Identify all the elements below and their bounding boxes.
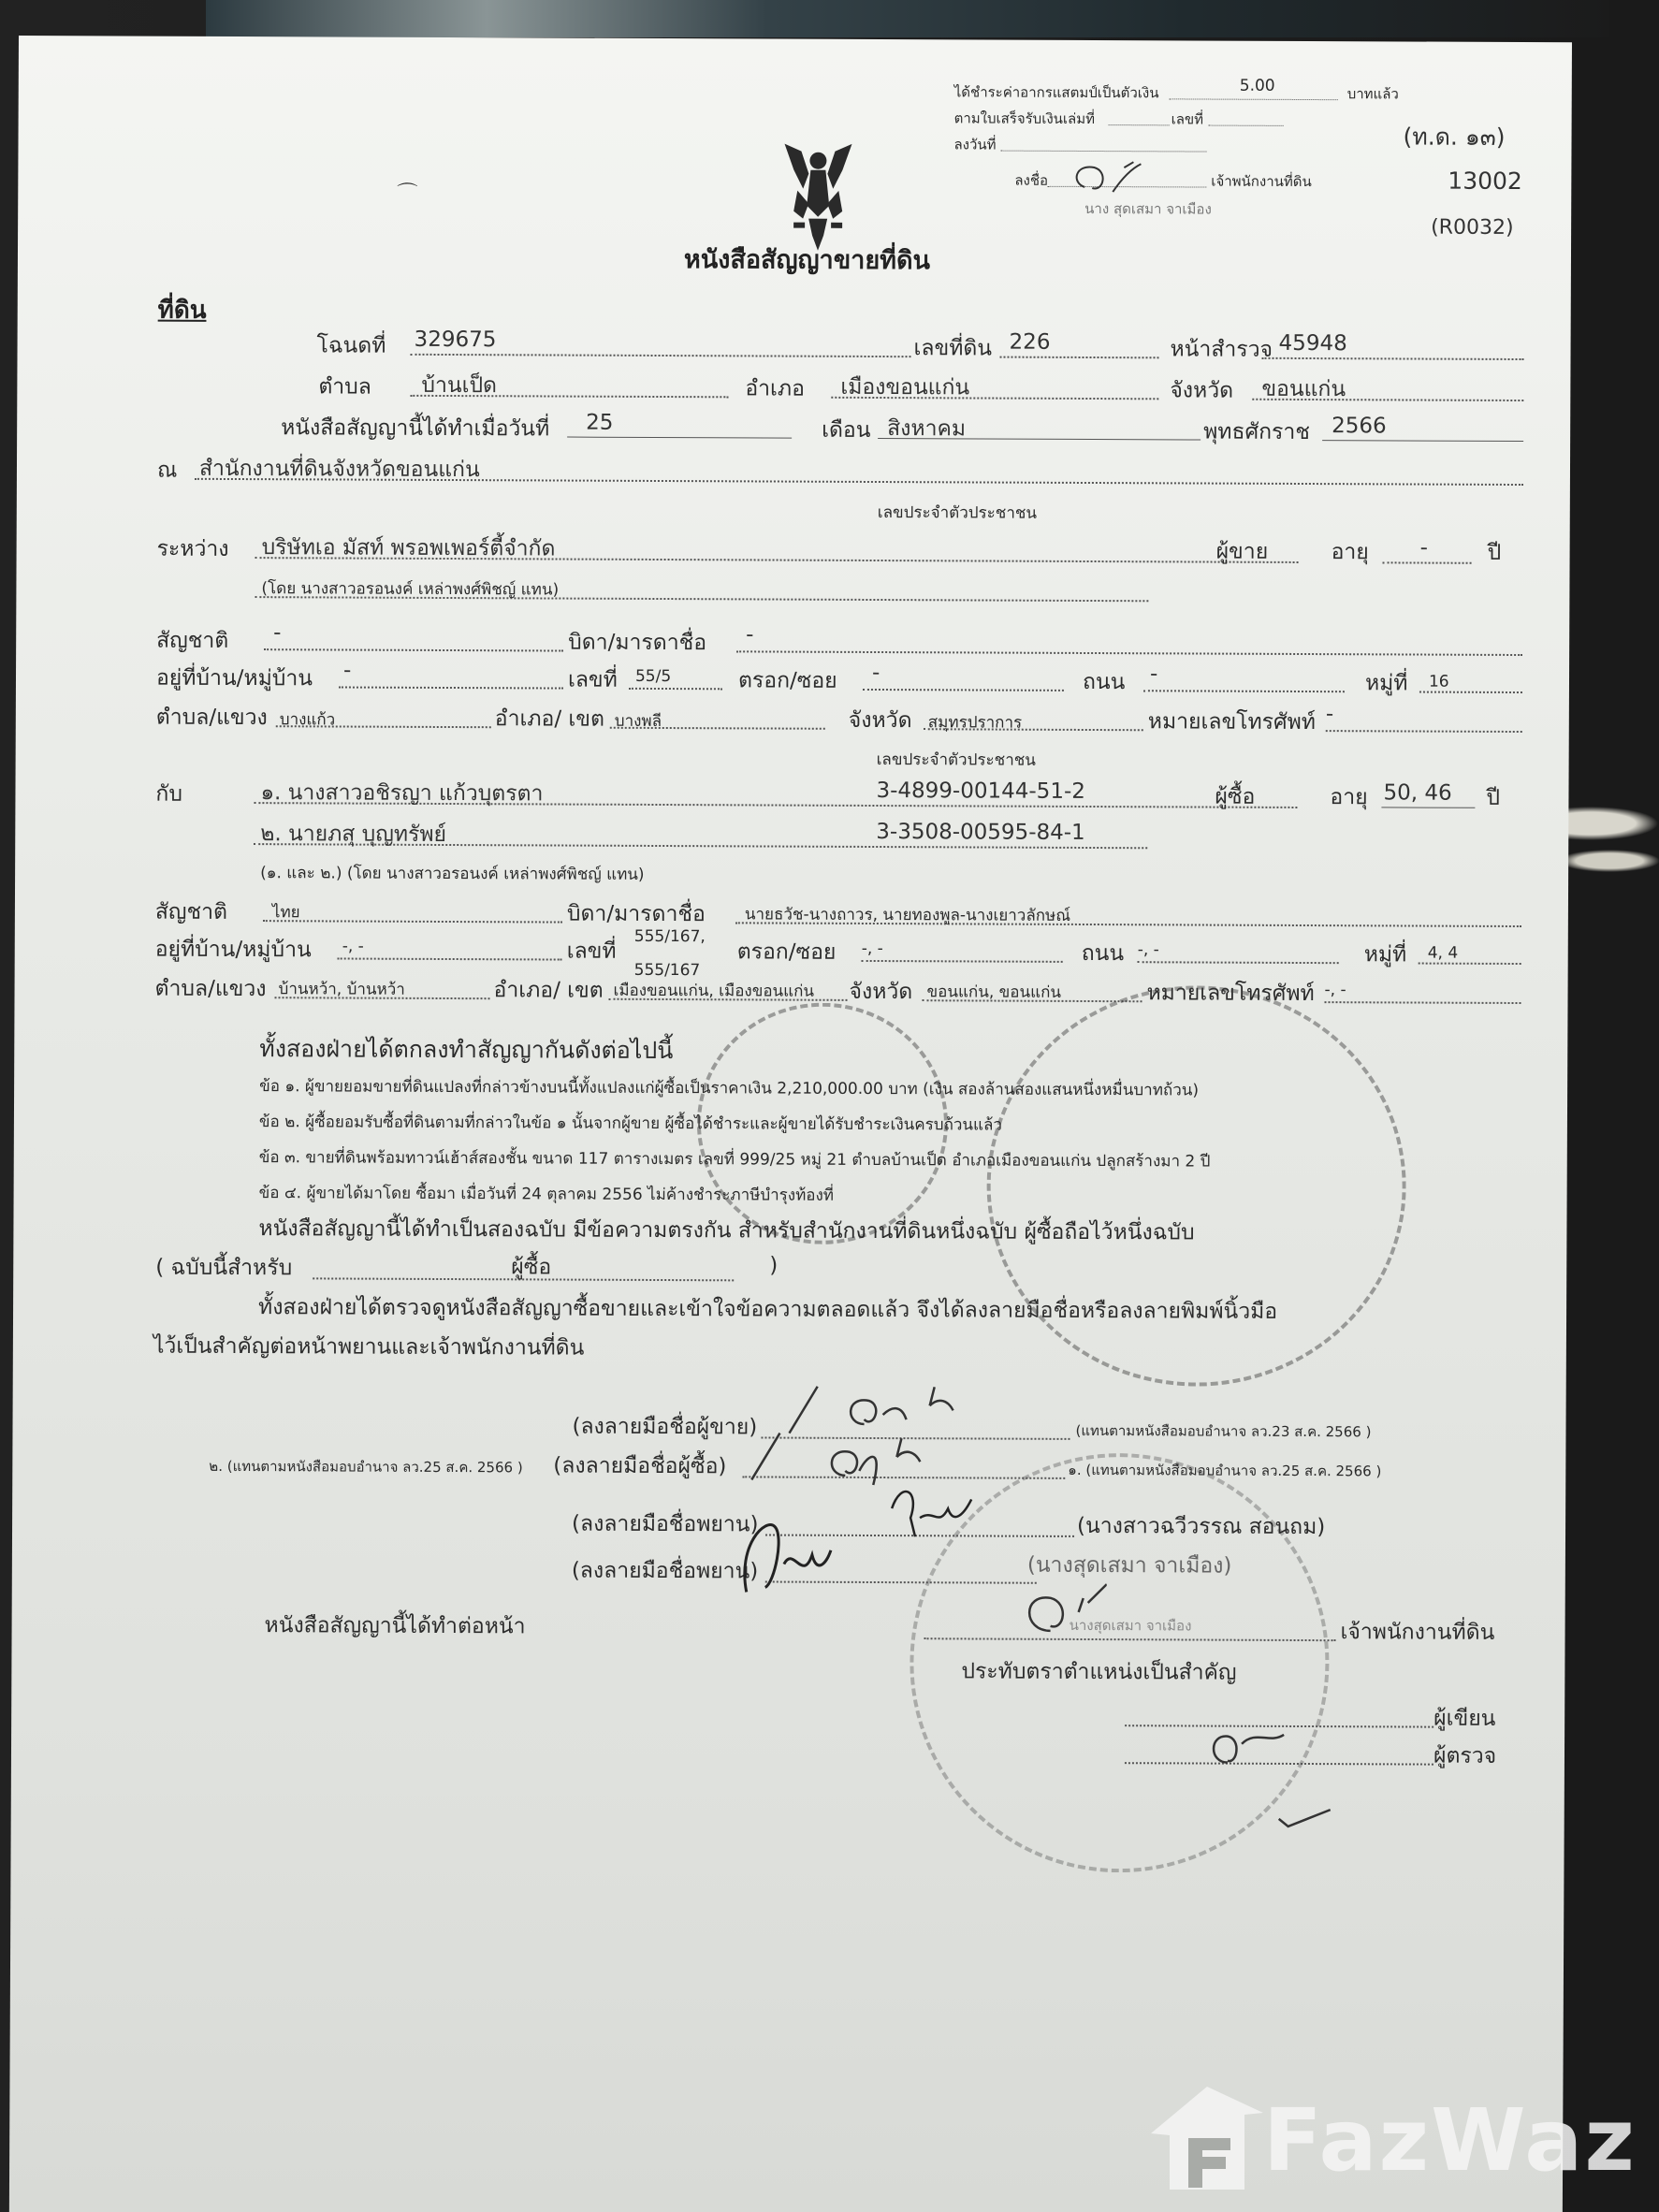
seller-soi-label: ตรอก/ซอย	[738, 663, 837, 697]
copies-statement: หนังสือสัญญานี้ได้ทำเป็นสองฉบับ มีข้อควา…	[258, 1212, 1194, 1249]
buyer-district: เมืองขอนแก่น, เมืองขอนแก่น	[613, 978, 814, 1004]
buyer-2-poa-note: ๒. (แทนตามหนังสือมอบอำนาจ ลว.25 ส.ค. 256…	[209, 1455, 522, 1478]
seller-district: บางพลี	[615, 708, 662, 734]
buyer-village: -, -	[342, 938, 364, 956]
seller-subdistrict-label: ตำบล/แขวง	[156, 701, 268, 735]
seller-village-label: อยู่ที่บ้าน/หมู่บ้าน	[156, 662, 313, 696]
buyer-1-poa-note: ๑. (แทนตามหนังสือมอบอำนาจ ลว.25 ส.ค. 256…	[1068, 1459, 1381, 1482]
buyer-province: ขอนแก่น, ขอนแก่น	[926, 979, 1061, 1005]
seller-role-label: ผู้ขาย	[1216, 535, 1269, 569]
officer-sign-label: ลงชื่อ	[1014, 169, 1048, 192]
land-subdistrict: บ้านเป็ด	[421, 369, 497, 402]
seller-id-label: เลขประจำตัวประชาชน	[878, 500, 1037, 526]
buyer-id-label: เลขประจำตัวประชาชน	[877, 747, 1036, 773]
month-label: เดือน	[822, 414, 871, 447]
buyer-1-id: 3-4899-00144-51-2	[876, 779, 1085, 804]
seller-name: บริษัทเอ มัสท์ พรอพเพอร์ตี้จำกัด	[262, 531, 556, 565]
at-label: ณ	[157, 454, 178, 488]
survey-number: 45948	[1279, 331, 1347, 356]
ref-code: (R0032)	[1431, 216, 1514, 240]
clause-1: ข้อ ๑. ผู้ขายยอมขายที่ดินแปลงที่กล่าวข้า…	[259, 1073, 1199, 1102]
buyer-road: -, -	[1138, 940, 1159, 959]
contract-month: สิงหาคม	[887, 412, 966, 445]
made-on-label: หนังสือสัญญานี้ได้ทำเมื่อวันที่	[281, 411, 549, 445]
buyer-moo-label: หมู่ที่	[1364, 938, 1407, 971]
land-office: สำนักงานที่ดินจังหวัดขอนแก่น	[199, 452, 480, 487]
seller-district-label: อำเภอ/ เขต	[495, 702, 604, 736]
checker-signature	[1200, 1716, 1321, 1773]
seller-nationality: -	[273, 620, 281, 645]
survey-label: หน้าสำรวจ	[1170, 332, 1273, 366]
office-code: 13002	[1448, 167, 1522, 195]
form-code: (ท.ด. ๑๓)	[1403, 118, 1505, 155]
buyer-signature	[742, 1414, 985, 1490]
buyer-subdistrict: บ้านหว้า, บ้านหว้า	[278, 976, 404, 1002]
seller-province: สมุทรปราการ	[928, 709, 1022, 735]
buyer-moo: 4, 4	[1428, 944, 1459, 963]
buyer-house-no: 555/167,	[634, 927, 706, 946]
deed-number: 329675	[415, 327, 497, 352]
seller-age-label: อายุ	[1332, 535, 1369, 569]
with-label: กับ	[155, 778, 182, 811]
buyer-province-label: จังหวัด	[849, 975, 912, 1009]
land-officer-stamp-name: นางสุดเสมา จาเมือง	[1070, 1614, 1192, 1637]
seller-parents: -	[746, 622, 753, 647]
buyer-age-label: อายุ	[1330, 780, 1367, 814]
seller-road-label: ถนน	[1083, 665, 1126, 699]
clause-4: ข้อ ๔. ผู้ขายได้มาโดย ซื้อมา เมื่อวันที่…	[259, 1180, 835, 1208]
seller-moo-label: หมู่ที่	[1365, 666, 1408, 700]
background-fabric	[206, 0, 1609, 37]
receipt-date-label: ลงวันที่	[953, 133, 996, 155]
land-district: เมืองขอนแก่น	[840, 371, 969, 405]
stamp-duty-unit: บาทแล้ว	[1347, 82, 1399, 105]
terms-intro: ทั้งสองฝ่ายได้ตกลงทำสัญญากันดังต่อไปนี้	[259, 1030, 673, 1070]
made-before-label: หนังสือสัญญานี้ได้ทำต่อหน้า	[265, 1608, 526, 1643]
parcel-number: 226	[1010, 330, 1051, 355]
land-province: ขอนแก่น	[1261, 372, 1346, 406]
buyer-nationality-label: สัญชาติ	[155, 895, 227, 929]
buyer-phone: -, -	[1325, 981, 1346, 999]
year-label: พุทธศักราช	[1203, 415, 1310, 449]
buyer-parents-label: บิดา/มารดาชื่อ	[567, 897, 706, 932]
witness-2-signature-label: (ลงลายมือชื่อพยาน)	[572, 1554, 759, 1589]
buyer-district-label: อำเภอ/ เขต	[493, 973, 603, 1008]
seller-subdistrict: บางแก้ว	[280, 706, 336, 732]
copy-for-close: )	[769, 1254, 778, 1278]
garuda-emblem-icon	[780, 133, 856, 255]
witness-1-name: (นางสาวฉวีวรรณ สอนถม)	[1077, 1509, 1325, 1544]
buyer-house-no-label: เลขที่	[567, 935, 617, 968]
house-logo-icon	[1151, 2087, 1263, 2190]
seller-signature-label: (ลงลายมือชื่อผู้ขาย)	[572, 1410, 757, 1445]
land-province-label: จังหวัด	[1170, 373, 1233, 407]
seller-house-no: 55/5	[635, 667, 671, 686]
buyer-nationality: ไทย	[272, 899, 300, 924]
buyer-1-name: ๑. นางสาวอชิรญา แก้วบุตรตา	[260, 776, 543, 810]
buyer-proxy: (๑. และ ๒.) (โดย นางสาวอรอนงค์ เหล่าพงศ์…	[260, 860, 645, 887]
contract-year: 2566	[1332, 414, 1387, 438]
buyer-soi-label: ตรอก/ซอย	[737, 935, 837, 968]
buyer-year-unit: ปี	[1486, 781, 1500, 815]
buyer-role-label: ผู้ซื้อ	[1215, 780, 1255, 814]
buyer-2-id: 3-3508-00595-84-1	[876, 820, 1085, 845]
seller-poa-note: (แทนตามหนังสือมอบอำนาจ ลว.23 ส.ค. 2566 )	[1075, 1419, 1371, 1443]
buyer-road-label: ถนน	[1082, 937, 1125, 970]
buyer-age: 50, 46	[1383, 780, 1451, 805]
acknowledgement-line-2: ไว้เป็นสำคัญต่อหน้าพยานและเจ้าพนักงานที่…	[153, 1330, 585, 1365]
seller-year-unit: ปี	[1488, 536, 1502, 570]
buyer-subdistrict-label: ตำบล/แขวง	[154, 972, 266, 1007]
seller-house-no-label: เลขที่	[568, 663, 618, 697]
checkmark-mark	[1274, 1800, 1340, 1828]
seller-soi: -	[872, 661, 880, 685]
seller-parents-label: บิดา/มารดาชื่อ	[568, 626, 706, 661]
checker-label: ผู้ตรวจ	[1433, 1739, 1496, 1773]
seller-village: -	[343, 659, 351, 683]
fazwaz-watermark: FazWaz	[1151, 2087, 1656, 2190]
buyer-signature-label: (ลงลายมือชื่อผู้ซื้อ)	[553, 1449, 726, 1484]
officer-signature	[1066, 154, 1150, 199]
seller-road: -	[1150, 662, 1157, 686]
seller-nationality-label: สัญชาติ	[156, 624, 228, 658]
receipt-book-label: ตามใบเสร็จรับเงินเล่มที่	[954, 107, 1096, 130]
buyer-village-label: อยู่ที่บ้าน/หมู่บ้าน	[155, 933, 312, 968]
section-land-heading: ที่ดิน	[158, 291, 207, 329]
clause-2: ข้อ ๒. ผู้ซื้อยอมรับซื้อที่ดินตามที่กล่า…	[259, 1109, 1002, 1137]
between-label: ระหว่าง	[157, 532, 229, 566]
deed-label: โฉนดที่	[316, 328, 386, 362]
stamp-duty-label: ได้ชำระค่าอากรแสตมป์เป็นตัวเงิน	[954, 80, 1159, 104]
stamp-duty-amount: 5.00	[1240, 77, 1275, 95]
seller-phone: -	[1326, 702, 1333, 726]
officer-title-label: เจ้าพนักงานที่ดิน	[1211, 170, 1312, 193]
contract-day: 25	[586, 411, 613, 435]
copy-for-label: ( ฉบับนี้สำหรับ	[155, 1251, 292, 1286]
officer-stamp-text: นาง สุดเสมา จาเมือง	[1084, 197, 1212, 221]
seller-phone-label: หมายเลขโทรศัพท์	[1148, 705, 1316, 739]
seller-proxy: (โดย นางสาวอรอนงค์ เหล่าพงศ์พิชญ์ แทน)	[261, 575, 559, 602]
seller-province-label: จังหวัด	[849, 704, 912, 737]
receipt-no-label: เลขที่	[1171, 108, 1204, 130]
seal-label: ประทับตราตำแหน่งเป็นสำคัญ	[961, 1654, 1236, 1689]
acknowledgement-line-1: ทั้งสองฝ่ายได้ตรวจดูหนังสือสัญญาซื้อขายแ…	[258, 1290, 1277, 1329]
seller-moo: 16	[1429, 673, 1449, 691]
document-title: หนังสือสัญญาขายที่ดิน	[684, 239, 930, 280]
parcel-label: เลขที่ดิน	[913, 331, 992, 365]
watermark-brand-text: FazWaz	[1263, 2090, 1637, 2190]
buyer-soi: -, -	[862, 939, 883, 958]
writer-label: ผู้เขียน	[1433, 1702, 1495, 1736]
clause-3: ข้อ ๓. ขายที่ดินพร้อมทาวน์เฮ้าส์สองชั้น …	[259, 1144, 1211, 1173]
witness-1-signature	[882, 1480, 995, 1547]
copy-for-party: ผู้ซื้อ	[511, 1250, 551, 1284]
land-subdistrict-label: ตำบล	[318, 370, 371, 403]
witness-1-signature-label: (ลงลายมือชื่อพยาน)	[572, 1507, 759, 1542]
witness-2-signature	[737, 1507, 859, 1602]
land-sale-contract-document: ได้ชำระค่าอากรแสตมป์เป็นตัวเงิน 5.00 บาท…	[9, 36, 1572, 2212]
land-district-label: อำเภอ	[745, 371, 805, 405]
buyer-parents: นายธวัช-นางถาวร, นายทองพูล-นางเยาวลักษณ์	[745, 901, 1070, 928]
land-officer-label: เจ้าพนักงานที่ดิน	[1340, 1615, 1494, 1650]
buyer-2-name: ๒. นายภสุ บุญทรัพย์	[260, 817, 446, 851]
seller-age: -	[1420, 536, 1428, 560]
